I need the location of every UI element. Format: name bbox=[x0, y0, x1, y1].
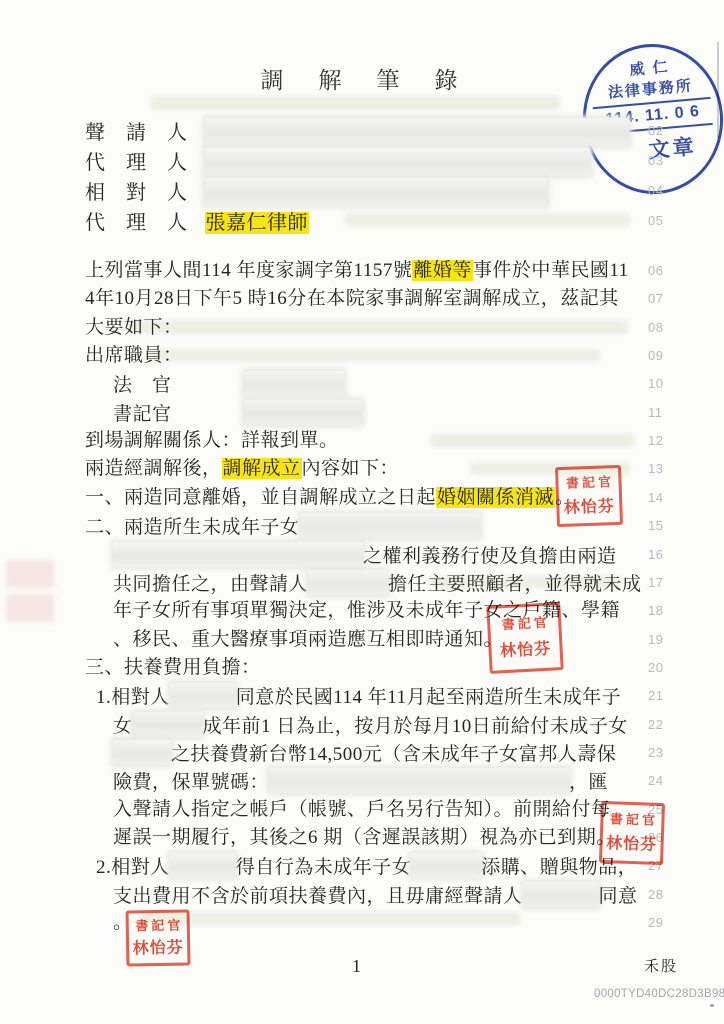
doc-text: 同意於民國114 年11月起至兩造所生未成年子 bbox=[236, 687, 621, 708]
redaction-box bbox=[411, 853, 481, 878]
clerk-seal: 書記官 林怡芬 bbox=[126, 909, 191, 966]
redaction-box bbox=[300, 513, 480, 538]
redaction-box bbox=[113, 542, 363, 567]
doc-text: 一、兩造同意離婚，並自調解成立之日起 bbox=[85, 487, 436, 508]
doc-text: 遲誤一期履行，其後之6 期（含遲誤該期）視為亦已到期。 bbox=[113, 827, 616, 848]
doc-line-08: 大要如下： bbox=[85, 315, 183, 340]
doc-text: 、移民、重大醫療事項兩造應互相即時通知。 bbox=[113, 629, 503, 650]
clerk-seal-name: 林怡芬 bbox=[500, 641, 552, 660]
doc-text: 4年10月28日下午5 時16分在本院家事調解室調解成立，茲記其 bbox=[85, 288, 619, 309]
doc-text: 到場調解關係人：詳報到單。 bbox=[85, 430, 339, 451]
clerk-seal-title: 書記官 bbox=[132, 920, 183, 934]
doc-line-26: 遲誤一期履行，其後之6 期（含遲誤該期）視為亦已到期。 bbox=[113, 825, 616, 850]
doc-text: 險費，保單號碼： bbox=[113, 772, 269, 793]
redaction-box bbox=[308, 570, 388, 595]
doc-text: 書記官 bbox=[113, 404, 172, 425]
party-label: 代 理 人 bbox=[85, 206, 188, 235]
scanned-mediation-record-page: 調 解 筆 錄 威仁 法律事務所 114. 11. 0 6 文章 聲 請 人代 … bbox=[0, 0, 724, 1024]
redaction-box bbox=[170, 853, 236, 878]
redaction-box bbox=[244, 371, 344, 396]
party-row: 代 理 人張嘉仁律師 bbox=[85, 206, 309, 235]
doc-text: 2.相對人 bbox=[96, 857, 170, 878]
line-number: 02 bbox=[648, 123, 663, 138]
doc-text: 上列當事人間114 年度家調字第1157號 bbox=[85, 260, 412, 281]
highlighted-text: 婚姻關係消滅 bbox=[436, 487, 555, 508]
line-number: 12 bbox=[648, 433, 663, 448]
clerk-seal-name: 林怡芬 bbox=[564, 498, 616, 516]
doc-text: 擔任主要照顧者，並得就未成 bbox=[388, 574, 642, 595]
clerk-seal: 書記官 林怡芬 bbox=[486, 602, 563, 674]
line-number: 17 bbox=[648, 575, 663, 590]
line-number: 07 bbox=[648, 291, 663, 306]
doc-text: 支出費用不含於前項扶養費內，且毋庸經聲請人 bbox=[113, 886, 523, 907]
redaction-box bbox=[244, 400, 362, 425]
doc-text: 二、兩造所生未成年子女 bbox=[85, 517, 300, 538]
bleedthrough-ghost bbox=[345, 213, 630, 227]
party-row: 聲 請 人 bbox=[85, 116, 629, 146]
doc-text: 之權利義務行使及負擔由兩造 bbox=[363, 546, 617, 567]
doc-text: 三、扶養費用負擔： bbox=[85, 657, 261, 678]
clerk-seal-title: 書記官 bbox=[498, 617, 550, 633]
doc-line-28: 支出費用不含於前項扶養費內，且毋庸經聲請人同意 bbox=[113, 882, 638, 909]
highlighted-text: 調解成立 bbox=[222, 458, 302, 479]
line-number: 13 bbox=[648, 461, 663, 476]
doc-line-23: 之扶養費新台幣14,500元（含未成年子女富邦人壽保 bbox=[113, 740, 616, 767]
line-number: 05 bbox=[648, 213, 663, 228]
bleedthrough-ghost bbox=[150, 349, 600, 362]
doc-text: 成年前1 日為止，按月於每月10日前給付未成子女 bbox=[203, 716, 628, 737]
line-number: 08 bbox=[648, 320, 663, 335]
line-number: 03 bbox=[648, 153, 663, 168]
doc-line-24: 險費，保單號碼：，匯 bbox=[113, 768, 608, 795]
page-title: 調 解 筆 錄 bbox=[0, 62, 724, 95]
clerk-seal: 書記官 林怡芬 bbox=[599, 801, 665, 865]
line-number: 14 bbox=[648, 490, 663, 505]
line-number: 22 bbox=[648, 717, 663, 732]
party-row: 代 理 人 bbox=[85, 146, 590, 176]
doc-line-22: 女成年前1 日為止，按月於每月10日前給付未成子女 bbox=[113, 712, 628, 739]
doc-text: 出席職員： bbox=[85, 345, 183, 366]
party-value: 張嘉仁律師 bbox=[205, 212, 310, 234]
party-label: 相 對 人 bbox=[85, 176, 188, 205]
doc-line-19: 、移民、重大醫療事項兩造應互相即時通知。 bbox=[113, 627, 503, 652]
redaction-box bbox=[205, 178, 547, 206]
clerk-seal-name: 林怡芬 bbox=[606, 835, 658, 853]
line-number: 09 bbox=[648, 348, 663, 363]
doc-line-14: 一、兩造同意離婚，並自調解成立之日起婚姻關係消滅。 bbox=[85, 485, 575, 510]
redaction-box bbox=[205, 148, 590, 176]
line-number: 10 bbox=[648, 376, 663, 391]
line-number: 23 bbox=[648, 745, 663, 760]
line-number: 29 bbox=[648, 915, 663, 930]
scan-barcode-text: 0000TYD40DC28D3B98FB bbox=[594, 988, 724, 1000]
redaction-box bbox=[113, 740, 171, 765]
doc-line-17: 共同擔任之，由聲請人擔任主要照顧者，並得就未成 bbox=[113, 570, 642, 597]
partial-seal-bleedthrough bbox=[6, 560, 54, 588]
doc-line-13: 兩造經調解後，調解成立內容如下： bbox=[85, 456, 399, 481]
line-number: 28 bbox=[648, 887, 663, 902]
line-number: 11 bbox=[648, 405, 663, 420]
doc-line-09: 出席職員： bbox=[85, 343, 183, 368]
line-number: 20 bbox=[648, 660, 663, 675]
doc-text: 入聲請人指定之帳戶（帳號、戶名另行告知）。前開給付每 bbox=[113, 799, 611, 820]
bleedthrough-ghost bbox=[128, 320, 628, 334]
doc-text: 共同擔任之，由聲請人 bbox=[113, 574, 308, 595]
clerk-seal-name: 林怡芬 bbox=[133, 940, 184, 957]
bleedthrough-ghost bbox=[430, 434, 635, 447]
doc-text: 事件於中華民國11 bbox=[473, 260, 629, 281]
doc-text: 之扶養費新台幣14,500元（含未成年子女富邦人壽保 bbox=[171, 744, 616, 765]
doc-line-07: 4年10月28日下午5 時16分在本院家事調解室調解成立，茲記其 bbox=[85, 286, 619, 311]
bleedthrough-ghost bbox=[150, 96, 560, 110]
doc-line-10: 法 官 bbox=[113, 371, 344, 398]
line-number: 16 bbox=[648, 547, 663, 562]
doc-text: 得自行為未成年子女 bbox=[236, 857, 412, 878]
clerk-seal-title: 書記官 bbox=[563, 476, 614, 491]
doc-text: 1.相對人 bbox=[96, 687, 170, 708]
doc-text: ，匯 bbox=[569, 772, 608, 793]
line-number: 06 bbox=[648, 263, 663, 278]
doc-line-21: 1.相對人同意於民國114 年11月起至兩造所生未成年子 bbox=[96, 683, 621, 710]
doc-text: 法 官 bbox=[113, 375, 172, 396]
redaction-box bbox=[269, 768, 569, 793]
doc-line-15: 二、兩造所生未成年子女 bbox=[85, 513, 480, 540]
bleedthrough-ghost bbox=[140, 912, 520, 925]
doc-line-27: 2.相對人得自行為未成年子女添購、贈與物品， bbox=[96, 853, 637, 880]
party-row: 相 對 人 bbox=[85, 176, 547, 206]
party-label: 聲 請 人 bbox=[85, 116, 188, 145]
line-number: 15 bbox=[648, 518, 663, 533]
doc-text: 大要如下： bbox=[85, 317, 183, 338]
redaction-box bbox=[523, 882, 599, 907]
doc-line-12: 到場調解關係人：詳報到單。 bbox=[85, 428, 339, 453]
party-label: 代 理 人 bbox=[85, 146, 188, 175]
redaction-box bbox=[205, 118, 629, 146]
doc-text: 兩造經調解後， bbox=[85, 458, 222, 479]
highlighted-text: 離婚等 bbox=[412, 260, 473, 281]
doc-line-11: 書記官 bbox=[113, 400, 362, 427]
doc-text: 同意 bbox=[599, 886, 638, 907]
line-number: 24 bbox=[648, 773, 663, 788]
line-number: 19 bbox=[648, 632, 663, 647]
line-number: 21 bbox=[648, 688, 663, 703]
clerk-seal: 書記官 林怡芬 bbox=[555, 465, 623, 527]
doc-text: 女 bbox=[113, 716, 133, 737]
partial-seal-bleedthrough bbox=[6, 594, 54, 622]
page-number: 1 bbox=[352, 956, 361, 977]
court-division-label: 禾股 bbox=[644, 955, 678, 976]
doc-line-16: 之權利義務行使及負擔由兩造 bbox=[113, 542, 617, 569]
line-number: 18 bbox=[648, 603, 663, 618]
redaction-box bbox=[133, 712, 203, 737]
doc-line-20: 三、扶養費用負擔： bbox=[85, 655, 261, 680]
doc-line-06: 上列當事人間114 年度家調字第1157號離婚等事件於中華民國11 bbox=[85, 258, 629, 283]
doc-line-25: 入聲請人指定之帳戶（帳號、戶名另行告知）。前開給付每 bbox=[113, 797, 611, 822]
doc-text: 內容如下： bbox=[302, 458, 400, 479]
clerk-seal-title: 書記官 bbox=[607, 813, 658, 828]
line-number: 04 bbox=[648, 183, 663, 198]
scanner-dot-artifact bbox=[710, 1004, 714, 1007]
redaction-box bbox=[170, 683, 236, 708]
